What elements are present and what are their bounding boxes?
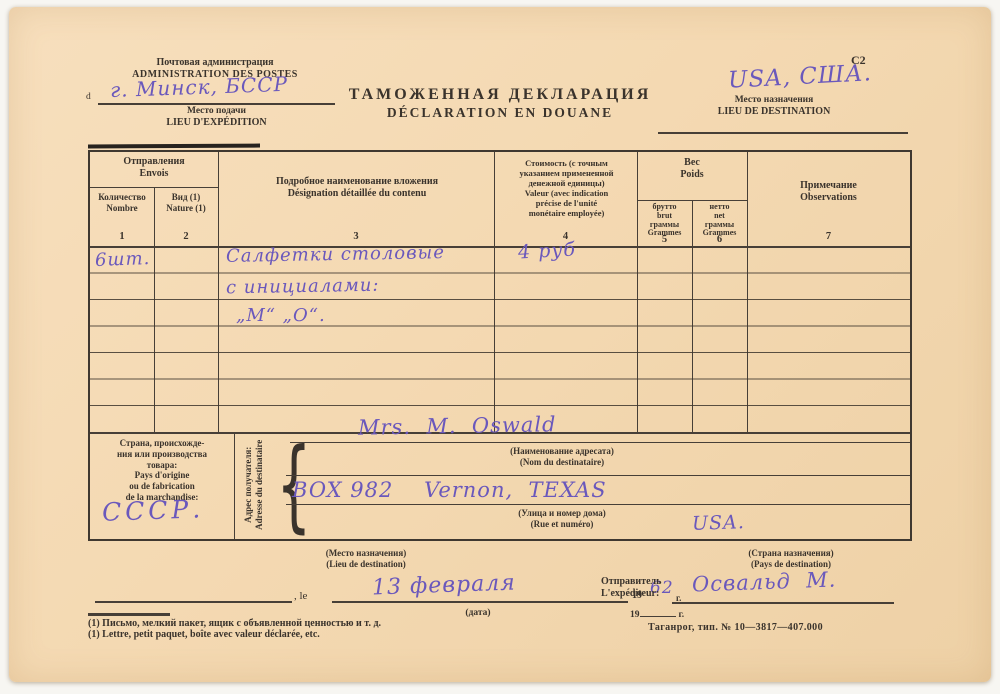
col-gross-header: брутто brut граммы Grammes: [637, 203, 692, 238]
envois-label-ru: Отправления: [90, 156, 218, 168]
destination-label-ru: Место назначения: [660, 95, 888, 107]
entry-description-line2-handwritten: с инициалами:: [226, 275, 380, 299]
destination-place-label: (Место назначения) (Lieu de destination): [252, 548, 480, 570]
date-handwritten: 13 февраля: [372, 570, 517, 600]
origin-prefix-label: d: [86, 92, 91, 104]
kind-label-ru: Вид (1): [155, 192, 217, 203]
origin-place-label-fr: LIEU D'EXPÉDITION: [98, 117, 335, 129]
origin-country-handwritten: СССР.: [102, 494, 205, 527]
weight-label-ru: Вес: [637, 157, 747, 169]
sender-underline: [672, 602, 894, 604]
description-label-ru: Подробное наименование вложения: [220, 176, 494, 188]
weight-label-fr: Poids: [637, 169, 747, 181]
col-quantity-header: Количество Nombre: [91, 192, 153, 214]
le-label: , le: [294, 590, 307, 603]
recipient-street-label: (Улица и номер дома) (Rue et numéro): [442, 508, 682, 530]
entry-description-line3-handwritten: „М“ „О“.: [236, 305, 326, 326]
destination-country-label-fr: (Pays de destination): [685, 559, 897, 570]
customs-declaration-scan: Почтовая администрация ADMINISTRATION DE…: [0, 0, 1000, 694]
col-number-3: 3: [218, 231, 494, 242]
quantity-label-fr: Nombre: [91, 203, 153, 214]
group-divider: [637, 200, 747, 201]
recipient-street-handwritten: BOX 982 Vernon, TEXAS: [292, 478, 607, 502]
entry-quantity-handwritten: 6шт.: [95, 248, 151, 271]
col-number-5: 5: [637, 234, 692, 245]
envois-label-fr: Envois: [90, 168, 218, 180]
origin-place-label-ru: Место подачи: [98, 106, 335, 118]
col-number-7: 7: [747, 231, 910, 242]
footnote-rule: [88, 613, 170, 616]
year2-suffix: г.: [679, 610, 685, 620]
origin-country-box: Страна, происхожде- ния или производства…: [92, 438, 232, 503]
recipient-name-label: (Наименование адресата) (Nom du destinat…: [442, 446, 682, 468]
recipient-street-label-fr: (Rue et numéro): [442, 519, 682, 530]
group-divider: [90, 187, 218, 188]
observations-label-fr: Observations: [747, 192, 910, 204]
destination-underline: [658, 132, 908, 134]
recipient-side-label-fr: Adresse du destinataire: [254, 427, 265, 543]
destination-country-label-ru: (Страна назначения): [685, 548, 897, 559]
footnote-fr: (1) Lettre, petit paquet, boîte avec val…: [88, 629, 320, 641]
origin-box-line2: ния или производства: [92, 449, 232, 460]
declaration-table: Отправления Envois Количество Nombre Вид…: [88, 150, 912, 541]
ruled-rows: [90, 247, 910, 407]
origin-box-line3: товара:: [92, 460, 232, 471]
observations-label-ru: Примечание: [747, 180, 910, 192]
year2-prefix: 19: [630, 610, 640, 620]
recipient-name-handwritten: Mrs. M. Oswald: [358, 412, 557, 439]
col-description-header: Подробное наименование вложения Désignat…: [220, 176, 494, 200]
col-number-1: 1: [90, 231, 154, 242]
entry-value-handwritten: 4 руб: [517, 238, 576, 263]
col-number-6: 6: [692, 234, 747, 245]
print-shop-info: Таганрог, тип. № 10—3817—407.000: [648, 622, 823, 634]
form-title-ru: ТАМОЖЕННАЯ ДЕКЛАРАЦИЯ: [330, 86, 670, 104]
name-underline: [290, 442, 910, 443]
recipient-side-label: Адрес получателя: Adresse du destinatair…: [243, 427, 265, 543]
date-caption: (дата): [408, 608, 548, 620]
kind-label-fr: Nature (1): [155, 203, 217, 214]
address-mid-rule: [286, 475, 910, 476]
col-value-header: Стоимость (с точным указанием примененно…: [496, 159, 637, 219]
origin-box-line4: Pays d'origine: [92, 470, 232, 481]
origin-underline: [98, 103, 335, 105]
postal-admin-label-ru: Почтовая администрация: [90, 57, 340, 69]
value-label-line6: monétaire employée): [496, 209, 637, 219]
col-kind-header: Вид (1) Nature (1): [155, 192, 217, 214]
date-underline: [332, 601, 628, 603]
col-group-envois: Отправления Envois: [90, 156, 218, 180]
year-line2: 19г.: [630, 606, 684, 622]
year2-blank: [640, 606, 676, 617]
sender-label-ru: Отправитель: [601, 576, 661, 588]
recipient-side-label-ru: Адрес получателя:: [243, 427, 254, 543]
destination-place-label-ru: (Место назначения): [252, 548, 480, 559]
street-underline: [286, 504, 910, 505]
quantity-label-ru: Количество: [91, 192, 153, 203]
origin-box-divider: [234, 432, 235, 539]
recipient-street-label-ru: (Улица и номер дома): [442, 508, 682, 519]
form-title-fr: DÉCLARATION EN DOUANE: [330, 105, 670, 121]
origin-box-line5: ou de fabrication: [92, 481, 232, 492]
col-group-weight: Вес Poids: [637, 157, 747, 181]
recipient-name-label-ru: (Наименование адресата): [442, 446, 682, 457]
sender-label-fr: L'expéditeur:: [601, 588, 659, 600]
recipient-name-label-fr: (Nom du destinataire): [442, 457, 682, 468]
destination-country-label: (Страна назначения) (Pays de destination…: [685, 548, 897, 570]
entry-description-line1-handwritten: Салфетки столовые: [226, 242, 445, 267]
sender-handwritten: Освальд М.: [692, 567, 837, 596]
col-net-header: нетто net граммы Grammes: [692, 203, 747, 238]
col-number-2: 2: [154, 231, 218, 242]
col-observations-header: Примечание Observations: [747, 180, 910, 204]
destination-place-label-fr: (Lieu de destination): [252, 559, 480, 570]
description-label-fr: Désignation détaillée du contenu: [220, 188, 494, 200]
blank-rule: [95, 601, 292, 603]
origin-box-line1: Страна, происхожде-: [92, 438, 232, 449]
recipient-country-handwritten: USA.: [692, 511, 746, 535]
destination-label-fr: LIEU DE DESTINATION: [660, 106, 888, 118]
